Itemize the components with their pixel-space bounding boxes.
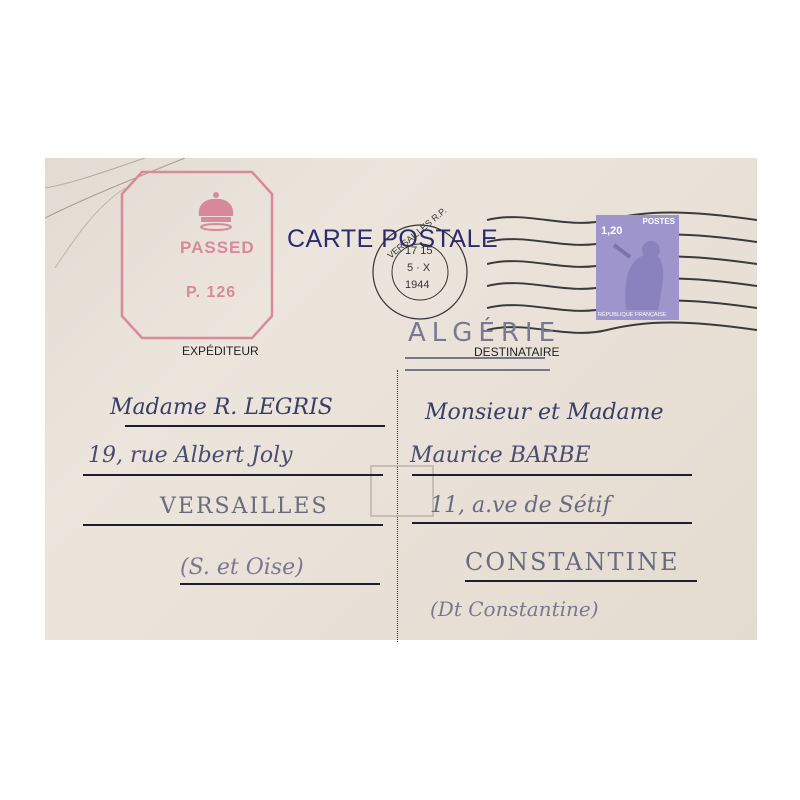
postmark-year: 1944 <box>405 279 429 291</box>
postmark-date: 5 · X <box>407 262 430 274</box>
recipient-line-1: Monsieur et Madame <box>425 400 664 425</box>
sender-line-4: (S. et Oise) <box>180 555 304 580</box>
recipient-line-4: CONSTANTINE <box>465 548 680 576</box>
faint-box-stamp <box>370 465 434 517</box>
crown-icon <box>193 190 239 232</box>
postage-stamp: POSTES 1,20 RÉPUBLIQUE FRANÇAISE <box>596 215 679 320</box>
recipient-line-5: (Dt Constantine) <box>430 597 599 621</box>
address-rule <box>125 425 385 427</box>
routing-mark: ALGÉRIE <box>408 318 561 348</box>
stamp-footer: RÉPUBLIQUE FRANÇAISE <box>598 312 666 318</box>
postmark-time: 17 15 <box>405 245 433 257</box>
routing-underline <box>405 357 545 359</box>
recipient-line-3: 11, a.ve de Sétif <box>430 493 611 518</box>
sender-line-2: 19, rue Albert Joly <box>88 443 293 468</box>
routing-underline-2 <box>405 369 550 371</box>
censor-passed-text: PASSED <box>180 238 255 258</box>
sender-line-1: Madame R. LEGRIS <box>110 395 333 420</box>
recipient-line-2: Maurice BARBE <box>410 443 591 468</box>
address-rule <box>180 583 380 585</box>
stamp-value: 1,20 <box>601 225 622 237</box>
stamp-header: POSTES <box>643 217 675 226</box>
censor-number: P. 126 <box>186 284 236 302</box>
address-rule <box>412 522 692 524</box>
address-rule <box>83 474 383 476</box>
address-rule <box>412 474 692 476</box>
sender-label: EXPÉDITEUR <box>182 344 259 358</box>
address-rule <box>83 524 383 526</box>
address-rule <box>465 580 697 582</box>
sender-line-3: VERSAILLES <box>160 494 329 519</box>
